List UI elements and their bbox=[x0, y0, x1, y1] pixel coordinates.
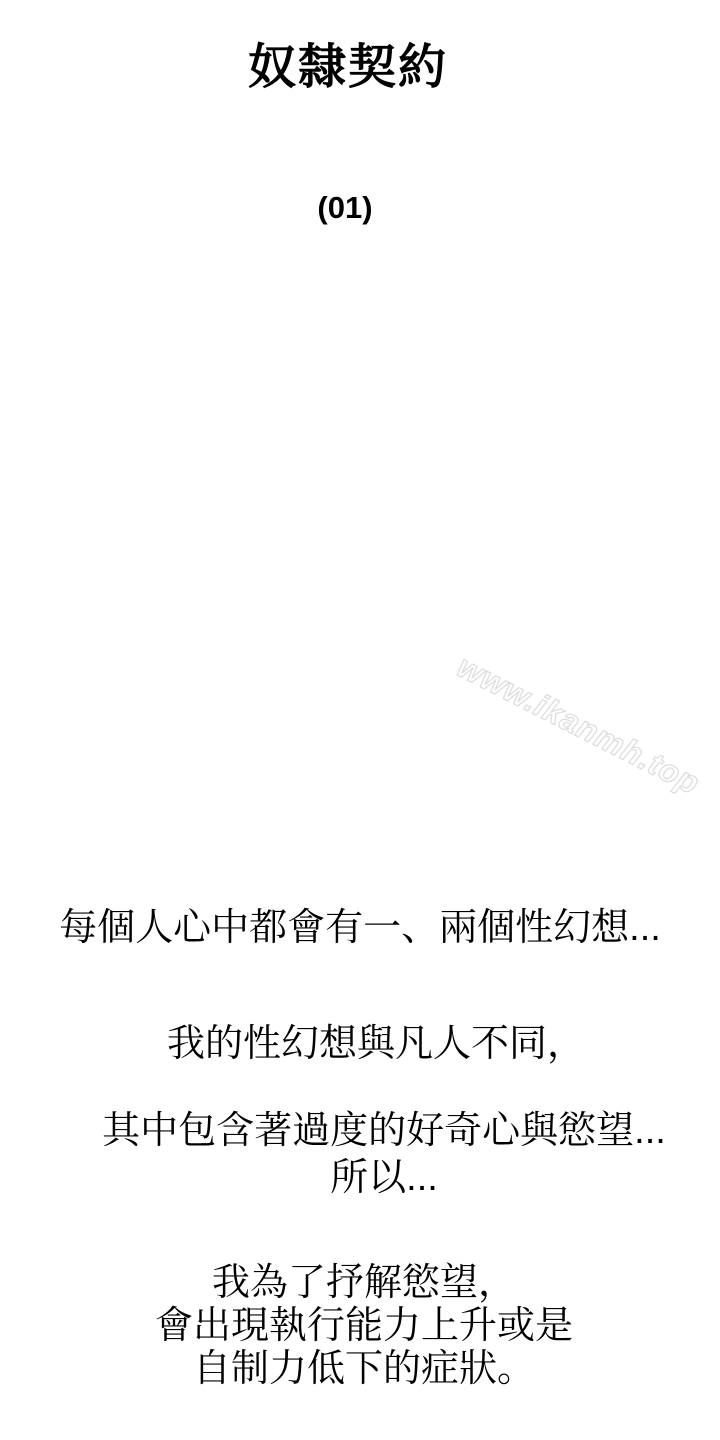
narration-line: 其中包含著過度的好奇心與慾望... bbox=[24, 1108, 720, 1155]
narration-line: 會出現執行能力上升或是 bbox=[4, 1305, 720, 1348]
narration-line: 我的性幻想與凡人不同， bbox=[16, 1022, 720, 1066]
watermark-text: www.ikanmh.top bbox=[451, 648, 706, 802]
narration-line: 我為了抒解慾望， bbox=[4, 1262, 720, 1305]
comic-page: 奴隸契約 (01) www.ikanmh.top 每個人心中都會有一、兩個性幻想… bbox=[0, 0, 720, 1440]
narration-line: 自制力低下的症狀。 bbox=[4, 1348, 720, 1391]
narration-line: 所以... bbox=[24, 1155, 720, 1202]
narration-block: 我的性幻想與凡人不同， bbox=[16, 1022, 720, 1066]
chapter-number: (01) bbox=[0, 190, 705, 226]
narration-line: 每個人心中都會有一、兩個性幻想... bbox=[0, 906, 720, 950]
narration-block: 我為了抒解慾望， 會出現執行能力上升或是 自制力低下的症狀。 bbox=[4, 1262, 720, 1391]
comic-title: 奴隸契約 bbox=[0, 42, 708, 95]
narration-block: 每個人心中都會有一、兩個性幻想... bbox=[0, 906, 720, 950]
narration-block: 其中包含著過度的好奇心與慾望... 所以... bbox=[24, 1108, 720, 1202]
